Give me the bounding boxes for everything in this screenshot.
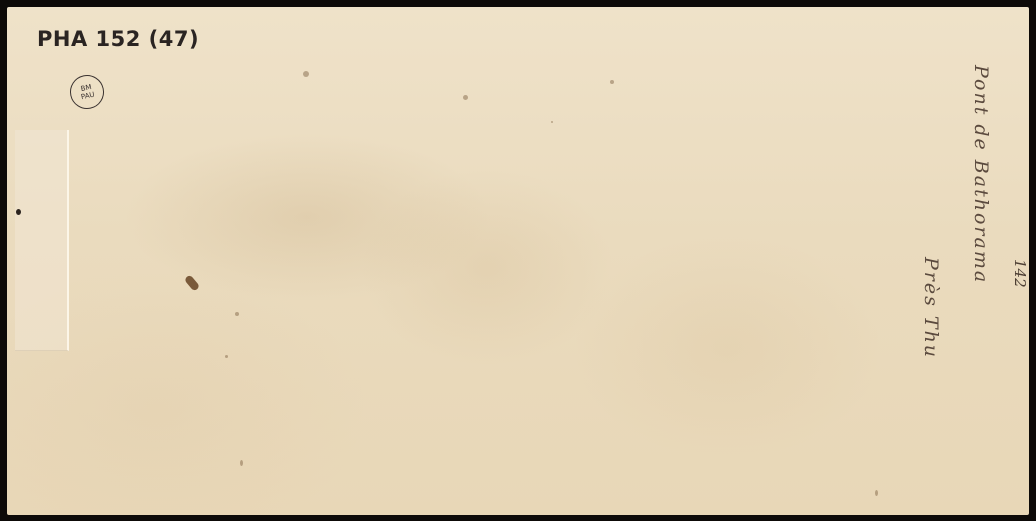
card-reverse: PHA 152 (47) BM PAU Pont de Bathorama Pr… bbox=[7, 7, 1029, 515]
foxing-spot bbox=[463, 95, 468, 100]
foxing-spot bbox=[875, 490, 878, 496]
handwritten-title: Pont de Bathorama bbox=[970, 65, 992, 284]
handwritten-location: Près Thu bbox=[920, 257, 942, 359]
pin-hole bbox=[16, 209, 21, 215]
handwritten-number: 142 bbox=[1011, 259, 1029, 288]
library-stamp: BM PAU bbox=[67, 72, 107, 112]
stamp-text: BM PAU bbox=[79, 83, 96, 101]
foxing-spot bbox=[551, 121, 553, 123]
foxing-spot bbox=[240, 460, 243, 466]
faded-label-patch bbox=[15, 130, 69, 351]
foxing-spot bbox=[610, 80, 614, 84]
stain-mark bbox=[184, 274, 200, 291]
foxing-spot bbox=[303, 71, 309, 77]
foxing-spot bbox=[235, 312, 239, 316]
foxing-spot bbox=[225, 355, 228, 358]
catalog-number: PHA 152 (47) bbox=[37, 27, 199, 51]
